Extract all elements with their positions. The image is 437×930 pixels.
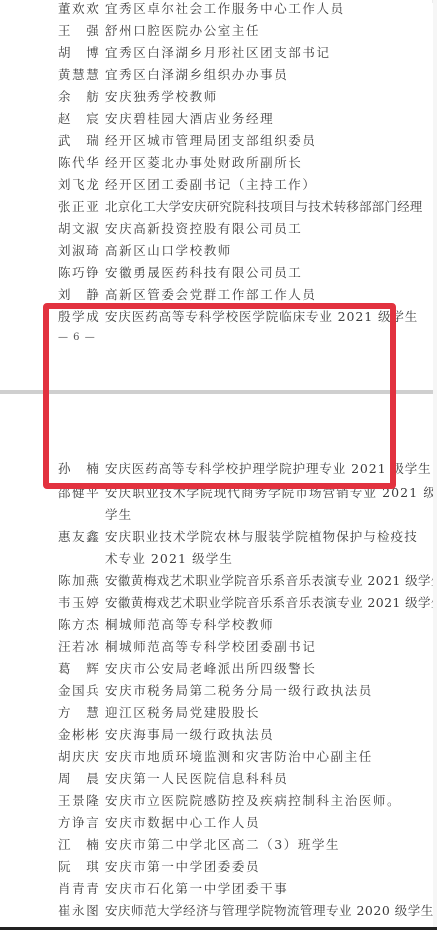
list-item: 惠友鑫安庆职业技术学院农林与服装学院植物保护与检疫技术专业 2021 级学生 bbox=[58, 526, 388, 570]
person-position: 宜秀区卓尔社会工作服务中心工作人员 bbox=[105, 1, 345, 16]
person-name: 韦玉婷 bbox=[58, 592, 105, 614]
person-name: 惠友鑫 bbox=[58, 526, 105, 548]
document-page-6: 董欢欢宜秀区卓尔社会工作服务中心工作人员 王 强舒州口腔医院办公室主任 胡 博宜… bbox=[0, 0, 432, 390]
person-position: 安庆医药高等专科学校护理学院护理专业 2021 级学生 bbox=[105, 461, 432, 476]
person-name: 陈代华 bbox=[58, 152, 105, 174]
list-item: 武 瑞经开区城市管理局团支部组织委员 bbox=[58, 130, 388, 152]
list-item: 黄慧慧宜秀区白泽湖乡组织办办事员 bbox=[58, 64, 388, 86]
person-name: 殷学成 bbox=[58, 306, 105, 328]
person-name: 王景隆 bbox=[58, 790, 105, 812]
person-position-continued: 术专业 2021 级学生 bbox=[105, 548, 388, 570]
person-name: 金彬彬 bbox=[58, 724, 105, 746]
person-name: 周 晨 bbox=[58, 768, 105, 790]
person-position: 安庆医药高等专科学校医学院临床专业 2021 级学生 bbox=[105, 309, 418, 324]
person-name: 张正亚 bbox=[58, 196, 105, 218]
person-position: 安庆市数据中心工作人员 bbox=[105, 815, 260, 830]
person-position: 安庆师范大学经济与管理学院物流管理专业 2020 级学生 bbox=[105, 903, 434, 918]
list-item: 江 楠安庆市第二中学北区高二（3）班学生 bbox=[58, 834, 388, 856]
person-position: 安庆第一人民医院信息科科员 bbox=[105, 771, 288, 786]
list-item: 胡庆庆安庆市地质环境监测和灾害防治中心副主任 bbox=[58, 746, 388, 768]
list-item: 邵健平安庆职业技术学院现代商务学院市场营销专业 2021 级学生 bbox=[58, 482, 388, 526]
person-position: 安庆高新投资控股有限公司员工 bbox=[105, 221, 302, 236]
person-position: 安庆市立医院院感防控及疾病控制科主治医师。 bbox=[105, 793, 401, 808]
list-item: 王景隆安庆市立医院院感防控及疾病控制科主治医师。 bbox=[58, 790, 388, 812]
list-item: 方诤言安庆市数据中心工作人员 bbox=[58, 812, 388, 834]
list-item: 肖青青安庆市石化第一中学团委干事 bbox=[58, 878, 388, 900]
list-item: 孙 楠安庆医药高等专科学校护理学院护理专业 2021 级学生 bbox=[58, 458, 388, 480]
list-item: 崔永图安庆师范大学经济与管理学院物流管理专业 2020 级学生 bbox=[58, 900, 388, 922]
person-position: 安庆职业技术学院现代商务学院市场营销专业 2021 级 bbox=[105, 485, 437, 500]
list-item: 刘淑琦高新区山口学校教师 bbox=[58, 240, 388, 262]
person-position: 安庆市地质环境监测和灾害防治中心副主任 bbox=[105, 749, 373, 764]
person-name: 刘 静 bbox=[58, 284, 105, 306]
list-item: 刘 静高新区管委会党群工作部工作人员 bbox=[58, 284, 388, 306]
person-name: 胡庆庆 bbox=[58, 746, 105, 768]
person-position: 宜秀区白泽湖乡月形社区团支部书记 bbox=[105, 45, 331, 60]
list-item: 阮 琪安庆市第一中学团委委员 bbox=[58, 856, 388, 878]
person-name: 陈加燕 bbox=[58, 570, 105, 592]
person-position: 桐城师范高等专科学校教师 bbox=[105, 617, 274, 632]
person-position: 安庆碧桂园大酒店业务经理 bbox=[105, 111, 274, 126]
person-position: 安庆职业技术学院农林与服装学院植物保护与检疫技 bbox=[105, 529, 418, 544]
document-page-7: 孙 楠安庆医药高等专科学校护理学院护理专业 2021 级学生 邵健平安庆职业技术… bbox=[0, 394, 432, 927]
person-name: 余 舫 bbox=[58, 86, 105, 108]
person-name: 刘淑琦 bbox=[58, 240, 105, 262]
person-position: 桐城师范高等专科学校团委副书记 bbox=[105, 639, 317, 654]
person-name: 陈方杰 bbox=[58, 614, 105, 636]
person-position: 安庆市第二中学北区高二（3）班学生 bbox=[105, 837, 340, 852]
person-name: 邵健平 bbox=[58, 482, 105, 504]
person-position: 安庆市石化第一中学团委干事 bbox=[105, 881, 288, 896]
list-item: 董欢欢宜秀区卓尔社会工作服务中心工作人员 bbox=[58, 0, 388, 20]
person-name: 汪若冰 bbox=[58, 636, 105, 658]
person-position: 安庆独秀学校教师 bbox=[105, 89, 218, 104]
list-item: 陈加燕安徽黄梅戏艺术职业学院音乐系音乐表演专业 2021 级学生 bbox=[58, 570, 388, 592]
list-item: 殷学成安庆医药高等专科学校医学院临床专业 2021 级学生 bbox=[58, 306, 388, 328]
viewer-right-edge bbox=[433, 0, 437, 930]
person-position: 安徽黄梅戏艺术职业学院音乐系音乐表演专业 2021 级学生 bbox=[105, 573, 437, 588]
list-item: 胡文淑安庆高新投资控股有限公司员工 bbox=[58, 218, 388, 240]
person-position: 宜秀区白泽湖乡组织办办事员 bbox=[105, 67, 288, 82]
person-name: 胡 博 bbox=[58, 42, 105, 64]
person-name: 刘飞龙 bbox=[58, 174, 105, 196]
list-item: 赵 宸安庆碧桂园大酒店业务经理 bbox=[58, 108, 388, 130]
person-name: 黄慧慧 bbox=[58, 64, 105, 86]
document-viewer[interactable]: 董欢欢宜秀区卓尔社会工作服务中心工作人员 王 强舒州口腔医院办公室主任 胡 博宜… bbox=[0, 0, 437, 930]
list-item: 胡 博宜秀区白泽湖乡月形社区团支部书记 bbox=[58, 42, 388, 64]
list-item: 金国兵安庆市税务局第二税务分局一级行政执法员 bbox=[58, 680, 388, 702]
person-name: 赵 宸 bbox=[58, 108, 105, 130]
person-name: 武 瑞 bbox=[58, 130, 105, 152]
person-name: 江 楠 bbox=[58, 834, 105, 856]
person-position: 安庆海事局一级行政执法员 bbox=[105, 727, 274, 742]
list-item: 王 强舒州口腔医院办公室主任 bbox=[58, 20, 388, 42]
list-item: 余 舫安庆独秀学校教师 bbox=[58, 86, 388, 108]
person-name: 方 慧 bbox=[58, 702, 105, 724]
person-position: 高新区山口学校教师 bbox=[105, 243, 232, 258]
list-item: 方 慧迎江区税务局党建股股长 bbox=[58, 702, 388, 724]
person-name: 阮 琪 bbox=[58, 856, 105, 878]
person-position-continued: 学生 bbox=[105, 504, 388, 526]
person-name: 方诤言 bbox=[58, 812, 105, 834]
page-number: — 6 — bbox=[58, 332, 96, 343]
person-name: 胡文淑 bbox=[58, 218, 105, 240]
person-name: 肖青青 bbox=[58, 878, 105, 900]
person-position: 经开区城市管理局团支部组织委员 bbox=[105, 133, 317, 148]
list-item: 刘飞龙经开区团工委副书记（主持工作） bbox=[58, 174, 388, 196]
person-position: 安徽勇晟医药科技有限公司员工 bbox=[105, 265, 302, 280]
person-position: 迎江区税务局党建股股长 bbox=[105, 705, 260, 720]
list-item: 葛 辉安庆市公安局老峰派出所四级警长 bbox=[58, 658, 388, 680]
person-position: 经开区团工委副书记（主持工作） bbox=[105, 177, 317, 192]
person-position: 北京化工大学安庆研究院科技项目与技术转移部部门经理 bbox=[105, 199, 423, 214]
list-item: 韦玉婷安徽黄梅戏艺术职业学院音乐系音乐表演专业 2021 级学生 bbox=[58, 592, 388, 614]
list-item: 陈方杰桐城师范高等专科学校教师 bbox=[58, 614, 388, 636]
person-position: 安徽黄梅戏艺术职业学院音乐系音乐表演专业 2021 级学生 bbox=[105, 595, 437, 610]
person-position: 舒州口腔医院办公室主任 bbox=[105, 23, 260, 38]
person-position: 高新区管委会党群工作部工作人员 bbox=[105, 287, 317, 302]
person-name: 崔永图 bbox=[58, 900, 105, 922]
person-name: 金国兵 bbox=[58, 680, 105, 702]
list-item: 金彬彬安庆海事局一级行政执法员 bbox=[58, 724, 388, 746]
person-position: 安庆市税务局第二税务分局一级行政执法员 bbox=[105, 683, 373, 698]
person-position: 安庆市公安局老峰派出所四级警长 bbox=[105, 661, 317, 676]
person-name: 王 强 bbox=[58, 20, 105, 42]
person-name: 孙 楠 bbox=[58, 458, 105, 480]
person-name: 董欢欢 bbox=[58, 0, 105, 20]
list-item: 汪若冰桐城师范高等专科学校团委副书记 bbox=[58, 636, 388, 658]
list-item: 陈巧铮安徽勇晟医药科技有限公司员工 bbox=[58, 262, 388, 284]
person-name: 葛 辉 bbox=[58, 658, 105, 680]
list-item: 周 晨安庆第一人民医院信息科科员 bbox=[58, 768, 388, 790]
person-position: 安庆市第一中学团委委员 bbox=[105, 859, 260, 874]
list-item: 张正亚北京化工大学安庆研究院科技项目与技术转移部部门经理 bbox=[58, 196, 388, 218]
person-name: 陈巧铮 bbox=[58, 262, 105, 284]
list-item: 陈代华经开区菱北办事处财政所副所长 bbox=[58, 152, 388, 174]
person-position: 经开区菱北办事处财政所副所长 bbox=[105, 155, 302, 170]
